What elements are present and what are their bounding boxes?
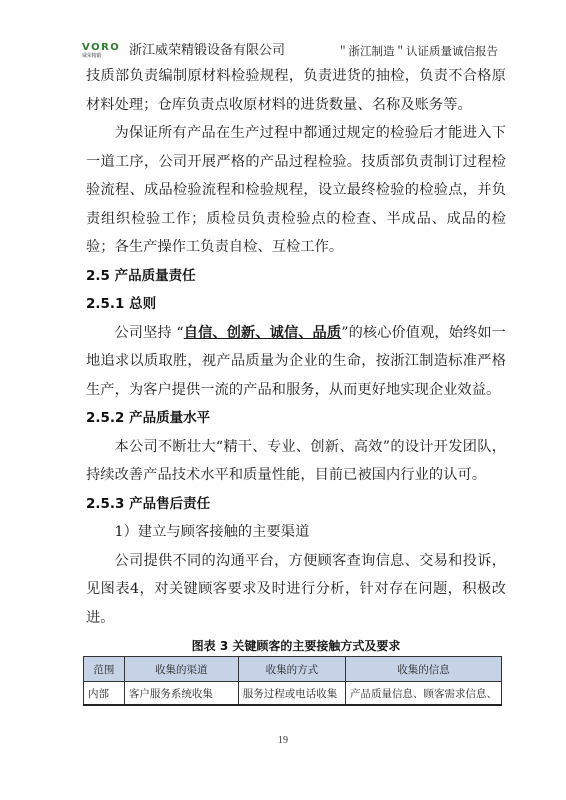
column-header-channel: 收集的渠道 [124, 657, 238, 682]
section-heading-2-5-2: 2.5.2 产品质量水平 [86, 404, 506, 433]
cell-channel: 客户服务系统收集 [124, 682, 238, 706]
paragraph-contact-channels-item: 1）建立与顾客接触的主要渠道 [86, 518, 506, 547]
paragraph-raw-material-inspection: 技质部负责编制原材料检验规程，负责进货的抽检，负责不合格原材料处理；仓库负责点收… [86, 62, 506, 119]
column-header-method: 收集的方式 [238, 657, 345, 682]
table-row: 内部 客户服务系统收集 服务过程或电话收集 产品质量信息、顾客需求信息、 [84, 682, 502, 706]
paragraph-process-inspection: 为保证所有产品在生产过程中都通过规定的检验后才能进入下一道工序，公司开展严格的产… [86, 119, 506, 262]
core-values-highlight: 自信、创新、诚信、品质 [184, 325, 341, 341]
logo-subtitle: 威荣精锻 [82, 53, 101, 59]
cell-scope: 内部 [84, 682, 125, 706]
customer-contact-table: 范围 收集的渠道 收集的方式 收集的信息 内部 客户服务系统收集 服务过程或电话… [83, 656, 502, 706]
paragraph-core-values: 公司坚持 “自信、创新、诚信、品质”的核心价值观，始终如一地追求以质取胜，视产品… [86, 319, 506, 405]
section-heading-2-5-3: 2.5.3 产品售后责任 [86, 490, 506, 519]
cell-method: 服务过程或电话收集 [238, 682, 345, 706]
paragraph-quality-level: 本公司不断壮大“精干、专业、创新、高效”的设计开发团队，持续改善产品技术水平和质… [86, 433, 506, 490]
column-header-scope: 范围 [84, 657, 125, 682]
table-header-row: 范围 收集的渠道 收集的方式 收集的信息 [84, 657, 502, 682]
page-number: 19 [0, 735, 566, 746]
section-heading-2-5: 2.5 产品质量责任 [86, 262, 506, 291]
report-title: ＂浙江制造＂认证质量诚信报告 [337, 43, 502, 59]
document-body: 技质部负责编制原材料检验规程，负责进货的抽检，负责不合格原材料处理；仓库负责点收… [86, 62, 506, 664]
column-header-information: 收集的信息 [345, 657, 501, 682]
table-caption: 图表 3 关键顾客的主要接触方式及要求 [86, 638, 506, 654]
section-heading-2-5-1: 2.5.1 总则 [86, 290, 506, 319]
core-values-prefix: 公司坚持 “ [115, 325, 184, 341]
company-name: 浙江威荣精锻设备有限公司 [129, 43, 285, 59]
paragraph-communication-platform: 公司提供不同的沟通平台，方便顾客查询信息、交易和投诉，见图表4，对关键顾客要求及… [86, 547, 506, 633]
company-logo: VORO 威荣精锻 [82, 43, 126, 59]
page-header: VORO 威荣精锻 浙江威荣精锻设备有限公司 ＂浙江制造＂认证质量诚信报告 [82, 37, 502, 59]
cell-information: 产品质量信息、顾客需求信息、 [345, 682, 501, 706]
logo-mark: VORO [82, 43, 120, 53]
